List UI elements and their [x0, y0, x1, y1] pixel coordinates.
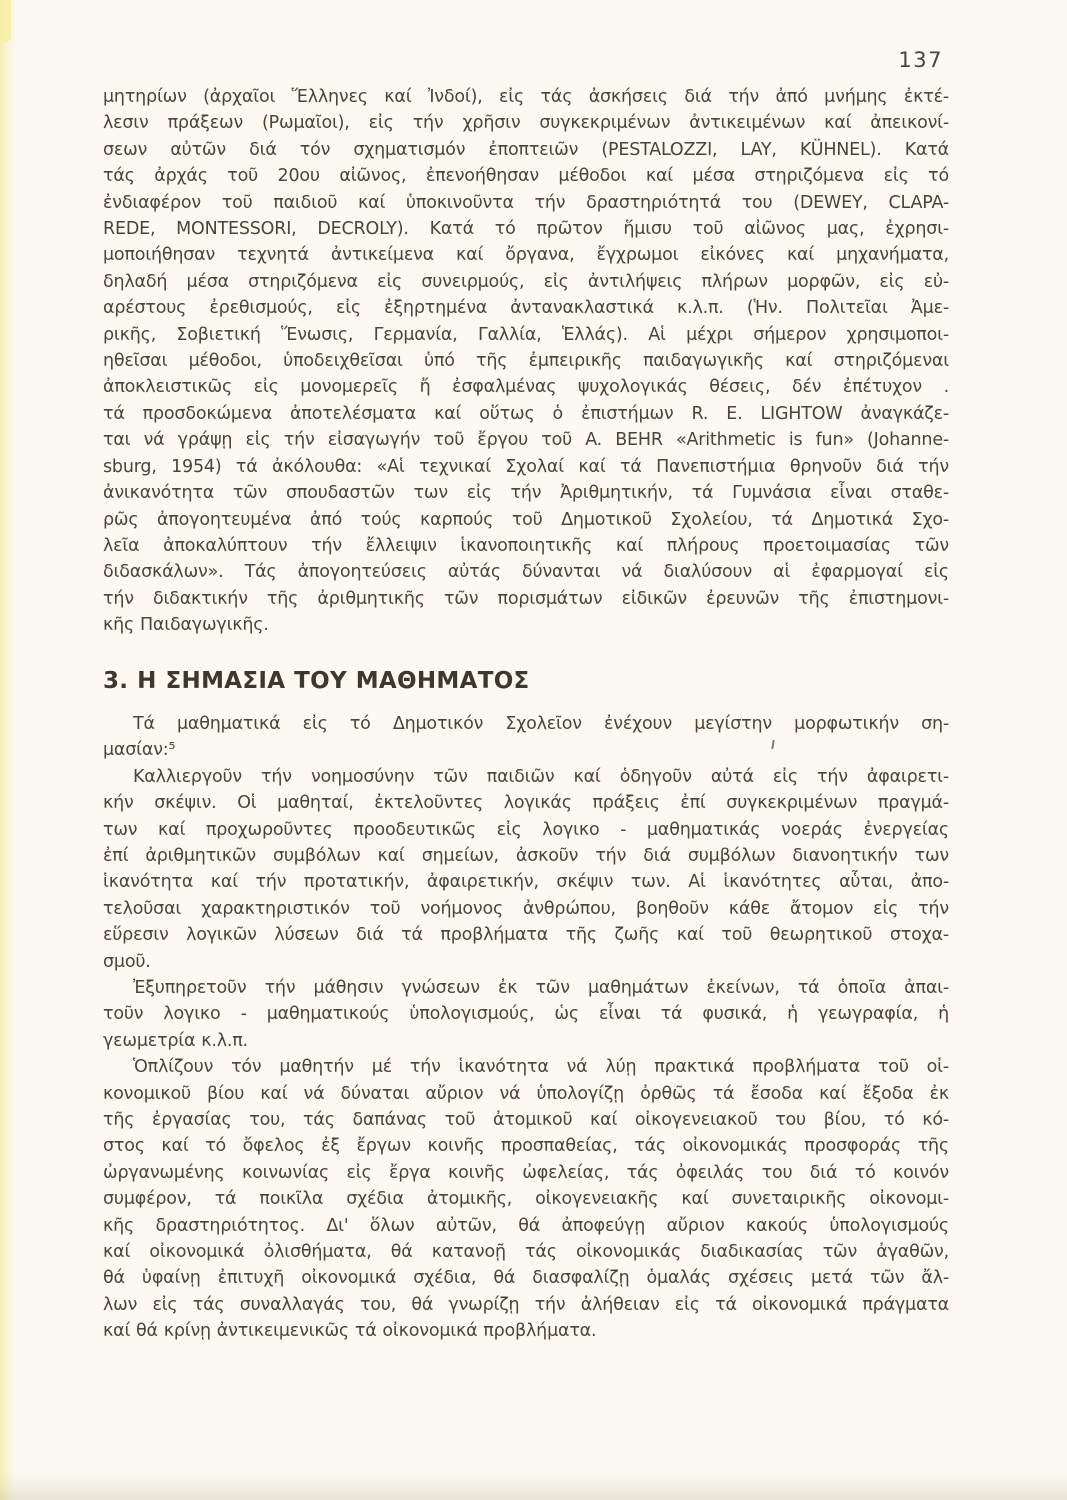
- text-line: τάς ἀρχάς τοῦ 20ου αἰῶνος, ἐπενοήθησαν μ…: [103, 163, 949, 189]
- text-line: ἱκανότητα καί τήν προτατικήν, ἀφαιρετική…: [103, 869, 949, 895]
- scan-bottom-shadow: [0, 1472, 1067, 1500]
- text-line: γεωμετρία κ.λ.π.: [103, 1028, 949, 1054]
- text-line: τά προσδοκώμενα ἀποτελέσματα καί οὕτως ὁ…: [103, 401, 949, 427]
- scanned-book-page: 137 μητηρίων (ἀρχαῖοι Ἕλληνες καί Ἰνδοί)…: [0, 0, 1067, 1500]
- text-line: τελοῦσαι χαρακτηριστικόν τοῦ νοήμονος ἀν…: [103, 896, 949, 922]
- text-line: εὕρεσιν λογικῶν λύσεων διά τά προβλήματα…: [103, 922, 949, 948]
- text-line: μοποιήθησαν τεχνητά ἀντικείμενα καί ὄργα…: [103, 242, 949, 268]
- text-line: κῆς δραστηριότητος. Δι' ὅλων αὐτῶν, θά ἀ…: [103, 1213, 949, 1239]
- text-line: σμοῦ.: [103, 949, 949, 975]
- text-block: μητηρίων (ἀρχαῖοι Ἕλληνες καί Ἰνδοί), εἰ…: [103, 84, 949, 1345]
- text-line: ηθεῖσαι μέθοδοι, ὑποδειχθεῖσαι ὑπό τῆς ἐ…: [103, 348, 949, 374]
- text-line: συμφέρον, τά ποικῖλα σχέδια ἀτομικῆς, οἰ…: [103, 1186, 949, 1212]
- text-line: ρικῆς, Σοβιετική Ἕνωσις, Γερμανία, Γαλλί…: [103, 322, 949, 348]
- section-paragraphs: Τά μαθηματικά εἰς τό Δημοτικόν Σχολεῖον …: [103, 711, 949, 1345]
- text-line: αρέστους ἐρεθισμούς, εἰς ἐξηρτημένα ἀντα…: [103, 295, 949, 321]
- section-heading: 3. Η ΣΗΜΑΣΙΑ ΤΟΥ ΜΑΘΗΜΑΤΟΣ: [103, 668, 949, 694]
- text-line: τοῦν λογικο - μαθηματικούς ὑπολογισμούς,…: [103, 1001, 949, 1027]
- text-line: καί οἰκονομικά ὀλισθήματα, θά κατανοῇ τά…: [103, 1239, 949, 1265]
- text-line: λων εἰς τάς συναλλαγάς του, θά γνωρίζῃ τ…: [103, 1292, 949, 1318]
- text-line: λεῖα ἀποκαλύπτουν τήν ἔλλειψιν ἱκανοποιη…: [103, 533, 949, 559]
- text-line: Καλλιεργοῦν τήν νοημοσύνην τῶν παιδιῶν κ…: [103, 764, 949, 790]
- text-line: Ἐξυπηρετοῦν τήν μάθησιν γνώσεων ἐκ τῶν μ…: [103, 975, 949, 1001]
- scan-left-edge: [0, 0, 16, 1500]
- text-line: δηλαδή μέσα στηριζόμενα εἰς συνειρμούς, …: [103, 269, 949, 295]
- text-line: Τά μαθηματικά εἰς τό Δημοτικόν Σχολεῖον …: [103, 711, 949, 737]
- text-line: ἐνδιαφέρον τοῦ παιδιοῦ καί ὑποκινοῦντα τ…: [103, 190, 949, 216]
- text-line: τῆς ἐργασίας του, τάς δαπάνας τοῦ ἀτομικ…: [103, 1107, 949, 1133]
- text-line: λεσιν πράξεων (Ρωμαῖοι), εἰς τήν χρῆσιν …: [103, 110, 949, 136]
- paragraph: Τά μαθηματικά εἰς τό Δημοτικόν Σχολεῖον …: [103, 711, 949, 764]
- text-line: κονομικοῦ βίου καί νά δύναται αὔριον νά …: [103, 1081, 949, 1107]
- text-line: καί θά κρίνῃ ἀντικειμενικῶς τά οἰκονομικ…: [103, 1318, 949, 1344]
- scan-corner-blotch: [0, 0, 11, 42]
- text-line: ἐπί ἀριθμητικῶν συμβόλων καί σημείων, ἀσ…: [103, 843, 949, 869]
- text-line: ἀποκλειστικῶς εἰς μονομερεῖς ἤ ἐσφαλμένα…: [103, 374, 949, 400]
- text-line: ἀνικανότητα τῶν σπουδαστῶν των εἰς τήν Ἀ…: [103, 480, 949, 506]
- text-line: σεων αὐτῶν διά τόν σχηματισμόν ἐποπτειῶν…: [103, 137, 949, 163]
- paragraph: Ἐξυπηρετοῦν τήν μάθησιν γνώσεων ἐκ τῶν μ…: [103, 975, 949, 1054]
- text-line: κῆς Παιδαγωγικῆς.: [103, 612, 949, 638]
- text-line: διδασκάλων». Τάς ἀπογοητεύσεις αὐτάς δύν…: [103, 559, 949, 585]
- text-line: ται νά γράψῃ εἰς τήν εἰσαγωγήν τοῦ ἔργου…: [103, 427, 949, 453]
- text-line: REDE, MONTESSORI, DECROLY). Κατά τό πρῶτ…: [103, 216, 949, 242]
- text-line: sburg, 1954) τά ἀκόλουθα: «Αἱ τεχνικαί Σ…: [103, 454, 949, 480]
- text-line: μητηρίων (ἀρχαῖοι Ἕλληνες καί Ἰνδοί), εἰ…: [103, 84, 949, 110]
- text-line: Ὁπλίζουν τόν μαθητήν μέ τήν ἱκανότητα νά…: [103, 1054, 949, 1080]
- text-line: τήν διδακτικήν τῆς ἀριθμητικῆς τῶν πορισ…: [103, 586, 949, 612]
- text-line: ρῶς ἀπογοητευμένα ἀπό τούς καρπούς τοῦ Δ…: [103, 507, 949, 533]
- paragraph: Καλλιεργοῦν τήν νοημοσύνην τῶν παιδιῶν κ…: [103, 764, 949, 975]
- text-line: στος καί τό ὄφελος ἐξ ἔργων κοινῆς προσπ…: [103, 1133, 949, 1159]
- text-line: ὠργανωμένης κοινωνίας εἰς ἔργα κοινῆς ὠφ…: [103, 1160, 949, 1186]
- continuation-paragraph: μητηρίων (ἀρχαῖοι Ἕλληνες καί Ἰνδοί), εἰ…: [103, 84, 949, 639]
- text-line: μασίαν:⁵: [103, 737, 949, 763]
- text-line: θά ὑφαίνῃ ἐπιτυχῆ οἰκονομικά σχέδια, θά …: [103, 1265, 949, 1291]
- text-line: κήν σκέψιν. Οἱ μαθηταί, ἐκτελοῦντες λογι…: [103, 790, 949, 816]
- text-line: των καί προχωροῦντες προοδευτικῶς εἰς λο…: [103, 817, 949, 843]
- paragraph: Ὁπλίζουν τόν μαθητήν μέ τήν ἱκανότητα νά…: [103, 1054, 949, 1344]
- page-number: 137: [898, 48, 943, 72]
